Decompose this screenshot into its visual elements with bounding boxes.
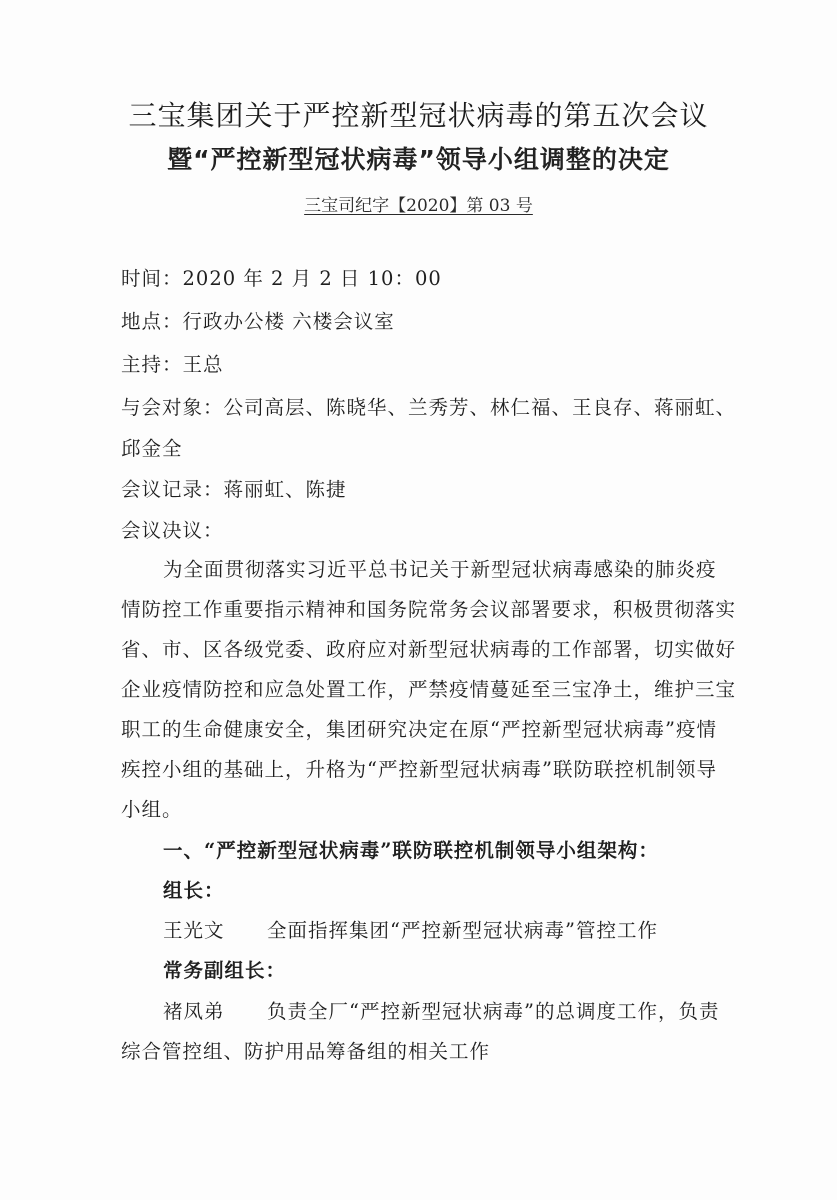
body-paragraph-line: 职工的生命健康安全，集团研究决定在原“严控新型冠状病毒”疫情 <box>121 717 727 743</box>
meeting-attendees: 与会对象：公司高层、陈晓华、兰秀芳、林仁福、王良存、蒋丽虹、 <box>121 395 727 421</box>
body-paragraph-line: 疾控小组的基础上，升格为“严控新型冠状病毒”联防联控机制领导 <box>121 757 727 783</box>
leader-duty: 全面指挥集团“严控新型冠状病毒”管控工作 <box>267 919 658 942</box>
body-paragraph-line: 为全面贯彻落实习近平总书记关于新型冠状病毒感染的肺炎疫 <box>163 557 769 583</box>
executive-deputy-row: 褚凤弟负责全厂“严控新型冠状病毒”的总调度工作，负责 <box>163 999 769 1025</box>
document-number-text: 三宝司纪字【2020】第 03 号 <box>304 196 533 216</box>
executive-deputy-label: 常务副组长： <box>163 958 769 984</box>
body-paragraph-line: 省、市、区各级党委、政府应对新型冠状病毒的工作部署，切实做好 <box>121 637 727 663</box>
leader-name: 王光文 <box>163 918 267 944</box>
document-title: 三宝集团关于严控新型冠状病毒的第五次会议 <box>0 96 837 136</box>
document-number: 三宝司纪字【2020】第 03 号 <box>0 194 837 218</box>
meeting-recorders: 会议记录：蒋丽虹、陈捷 <box>121 477 727 503</box>
meeting-resolution-label: 会议决议： <box>121 518 727 544</box>
executive-deputy-duty-continued: 综合管控组、防护用品筹备组的相关工作 <box>121 1039 727 1065</box>
executive-deputy-duty: 负责全厂“严控新型冠状病毒”的总调度工作，负责 <box>267 1000 719 1023</box>
meeting-time: 时间：2020 年 2 月 2 日 10：00 <box>121 266 727 292</box>
meeting-attendees-continued: 邱金全 <box>121 436 727 462</box>
meeting-location: 地点：行政办公楼 六楼会议室 <box>121 309 727 335</box>
document-page: 三宝集团关于严控新型冠状病毒的第五次会议 暨“严控新型冠状病毒”领导小组调整的决… <box>0 0 837 1200</box>
body-paragraph-line: 情防控工作重要指示精神和国务院常务会议部署要求，积极贯彻落实 <box>121 597 727 623</box>
body-paragraph-line: 企业疫情防控和应急处置工作，严禁疫情蔓延至三宝净土，维护三宝 <box>121 677 727 703</box>
executive-deputy-name: 褚凤弟 <box>163 999 267 1025</box>
section-heading: 一、“严控新型冠状病毒”联防联控机制领导小组架构： <box>163 838 769 864</box>
leader-row: 王光文全面指挥集团“严控新型冠状病毒”管控工作 <box>163 918 769 944</box>
meeting-host: 主持：王总 <box>121 352 727 378</box>
body-paragraph-line: 小组。 <box>121 797 727 823</box>
leader-label: 组长： <box>163 878 769 904</box>
document-subtitle: 暨“严控新型冠状病毒”领导小组调整的决定 <box>0 142 837 178</box>
